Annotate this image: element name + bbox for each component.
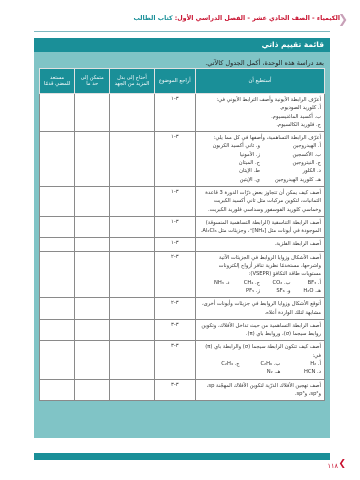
need-more-checkbox-cell[interactable] <box>110 94 154 132</box>
option-item: ج. النيتروجين <box>260 159 321 167</box>
option-row: ج. النيتروجينح. الميثان <box>199 159 321 167</box>
footer-bar <box>34 453 330 460</box>
option-item: ج. CH₄ <box>229 279 260 287</box>
header-ready: مستعد للمضي قدمًا <box>40 69 75 94</box>
statement-cell: أعرّف الرابطة التساهمية، وأصفها في كل مم… <box>195 132 324 187</box>
need-more-checkbox-cell[interactable] <box>110 379 154 401</box>
option-item: أ. كلوريد الصوديوم. <box>199 104 321 112</box>
option-item: أ. H₂ <box>280 360 321 368</box>
ready-checkbox-cell[interactable] <box>40 132 75 187</box>
statement-text: أصف تهجين الأفلاك الذرّية لتكوين الأفلاك… <box>199 382 321 399</box>
table-row: أصف تهجين الأفلاك الذرّية لتكوين الأفلاك… <box>40 379 325 401</box>
table-row: أصف الرابطة الفلزية.٣-١ <box>40 238 325 251</box>
partial-checkbox-cell[interactable] <box>75 132 110 187</box>
option-row: هـ. كلوريد الهيدروجيني. الإيثين <box>199 176 321 184</box>
option-item: ب. CO₂ <box>260 279 291 287</box>
reference-cell: ٣-١ <box>154 238 195 251</box>
header-statement: أستطيع أن <box>195 69 324 94</box>
reference-cell: ٣-٣ <box>154 379 195 401</box>
table-row: أصف الأشكال وزوايا الروابط في الجزيئات ا… <box>40 251 325 297</box>
option-row: أ. H₂ب. C₂H₆ج. C₂H₄ <box>199 360 321 368</box>
ready-checkbox-cell[interactable] <box>40 186 75 216</box>
partial-checkbox-cell[interactable] <box>75 298 110 320</box>
running-header-subject: الكيمياء - الصف الحادي عشر - الفصل الدرا… <box>175 15 340 22</box>
running-header-book: كتاب الطالب <box>134 15 173 22</box>
table-row: أتوقع الأشكال وزوايا الروابط في جزيئات و… <box>40 298 325 320</box>
statement-cell: أصف الأشكال وزوايا الروابط في الجزيئات ا… <box>195 251 324 297</box>
statement-cell: أصف كيف يمكن أن تتجاوز بعض ذرّات الدورة … <box>195 186 324 216</box>
statement-cell: أتوقع الأشكال وزوايا الروابط في جزيئات و… <box>195 298 324 320</box>
reference-cell: ٣-١ <box>154 132 195 187</box>
option-item: ب. C₂H₆ <box>240 360 281 368</box>
header-need-more: أحتاج إلى بذل المزيد من الجهد <box>110 69 154 94</box>
statement-cell: أصف كيف تتكون الرابطة سيجما (σ) والرابطة… <box>195 341 324 379</box>
need-more-checkbox-cell[interactable] <box>110 341 154 379</box>
option-item: و. ثاني أكسيد الكربون <box>199 142 260 150</box>
option-item: ح. الميثان <box>199 159 260 167</box>
partial-checkbox-cell[interactable] <box>75 186 110 216</box>
reference-cell: ٣-٢ <box>154 298 195 320</box>
ready-checkbox-cell[interactable] <box>40 341 75 379</box>
reference-cell: ٣-١ <box>154 94 195 132</box>
need-more-checkbox-cell[interactable] <box>110 238 154 251</box>
table-row: أعرّف الرابطة التساهمية، وأصفها في كل مم… <box>40 132 325 187</box>
need-more-checkbox-cell[interactable] <box>110 251 154 297</box>
option-item: ط. الإيثان <box>199 167 260 175</box>
option-item: و. SF₆ <box>260 287 291 295</box>
need-more-checkbox-cell[interactable] <box>110 186 154 216</box>
panel-title: قائمة تقييم ذاتي <box>34 38 330 52</box>
reference-cell: ٣-٢ <box>154 251 195 297</box>
option-item: هـ. N₂ <box>240 368 281 376</box>
ready-checkbox-cell[interactable] <box>40 251 75 297</box>
table-row: أعرّف الرابطة الأيونية وأصف الترابط الأي… <box>40 94 325 132</box>
need-more-checkbox-cell[interactable] <box>110 319 154 341</box>
option-item <box>199 287 230 295</box>
statement-cell: أصف تهجين الأفلاك الذرّية لتكوين الأفلاك… <box>195 379 324 401</box>
statement-text: أعرّف الرابطة التساهمية، وأصفها في كل مم… <box>199 134 321 142</box>
running-header: الكيمياء - الصف الحادي عشر - الفصل الدرا… <box>34 15 340 29</box>
option-item: ي. الإيثين <box>199 176 260 184</box>
statement-cell: أعرّف الرابطة الأيونية وأصف الترابط الأي… <box>195 94 324 132</box>
option-item: د. HCN <box>280 368 321 376</box>
table-row: أصف الرابطة التناسقية (الرابطة التساهمية… <box>40 216 325 238</box>
self-assessment-table: أستطيع أن أراجع الموضوع أحتاج إلى بذل ال… <box>39 68 325 401</box>
reference-cell: ٣-١ <box>154 186 195 216</box>
ready-checkbox-cell[interactable] <box>40 298 75 320</box>
textbook-page: الكيمياء - الصف الحادي عشر - الفصل الدرا… <box>0 0 360 480</box>
ready-checkbox-cell[interactable] <box>40 379 75 401</box>
table-row: أصف كيف تتكون الرابطة سيجما (σ) والرابطة… <box>40 341 325 379</box>
statement-text: أتوقع الأشكال وزوايا الروابط في جزيئات و… <box>199 300 321 317</box>
option-item: ج. فلوريد الكالسيوم. <box>199 121 321 129</box>
reference-cell: ٣-٣ <box>154 341 195 379</box>
header-rule <box>34 31 330 32</box>
partial-checkbox-cell[interactable] <box>75 251 110 297</box>
option-row: ب. الأكسجينز. الأمونيا <box>199 151 321 159</box>
table-row: أصف الرابطة التساهمية من حيث تداخل الأفل… <box>40 319 325 341</box>
header-reference: أراجع الموضوع <box>154 69 195 94</box>
statement-text: أصف كيف تتكون الرابطة سيجما (σ) والرابطة… <box>199 343 321 360</box>
partial-checkbox-cell[interactable] <box>75 341 110 379</box>
option-item: ز. PF₅ <box>229 287 260 295</box>
option-item: د. NH₃ <box>199 279 230 287</box>
option-row: أ. BF₃ب. CO₂ج. CH₄د. NH₃ <box>199 279 321 287</box>
ready-checkbox-cell[interactable] <box>40 94 75 132</box>
statement-text: أصف الرابطة الفلزية. <box>199 240 321 248</box>
ready-checkbox-cell[interactable] <box>40 216 75 238</box>
option-item <box>199 368 240 376</box>
option-row: هـ. H₂Oو. SF₆ز. PF₅ <box>199 287 321 295</box>
ready-checkbox-cell[interactable] <box>40 238 75 251</box>
statement-text: أصف الرابطة التناسقية (الرابطة التساهمية… <box>199 219 321 236</box>
option-item: أ. BF₃ <box>290 279 321 287</box>
option-row: أ. الهيدروجينو. ثاني أكسيد الكربون <box>199 142 321 150</box>
chevron-right-icon: ❯ <box>338 12 348 26</box>
statement-text: أصف الرابطة التساهمية من حيث تداخل الأفل… <box>199 322 321 339</box>
ready-checkbox-cell[interactable] <box>40 319 75 341</box>
statement-text: أعرّف الرابطة الأيونية وأصف الترابط الأي… <box>199 96 321 104</box>
option-item: ز. الأمونيا <box>199 151 260 159</box>
chevron-left-icon[interactable]: ❮ <box>338 459 346 469</box>
option-row: د. الكلورط. الإيثان <box>199 167 321 175</box>
option-item: أ. الهيدروجين <box>260 142 321 150</box>
page-number: ١١٨ <box>328 462 338 470</box>
statement-cell: أصف الرابطة التناسقية (الرابطة التساهمية… <box>195 216 324 238</box>
statement-text: أصف كيف يمكن أن تتجاوز بعض ذرّات الدورة … <box>199 189 321 214</box>
partial-checkbox-cell[interactable] <box>75 94 110 132</box>
partial-checkbox-cell[interactable] <box>75 238 110 251</box>
partial-checkbox-cell[interactable] <box>75 216 110 238</box>
partial-checkbox-cell[interactable] <box>75 379 110 401</box>
option-item: ب. الأكسجين <box>260 151 321 159</box>
header-partial: متمكن إلى حد ما <box>75 69 110 94</box>
need-more-checkbox-cell[interactable] <box>110 132 154 187</box>
statement-cell: أصف الرابطة التساهمية من حيث تداخل الأفل… <box>195 319 324 341</box>
self-assessment-panel: قائمة تقييم ذاتي بعد دراسة هذه الوحدة، أ… <box>34 38 330 438</box>
option-item: د. الكلور <box>260 167 321 175</box>
option-item: ج. C₂H₄ <box>199 360 240 368</box>
option-item: هـ. كلوريد الهيدروجين <box>260 176 321 184</box>
table-row: أصف كيف يمكن أن تتجاوز بعض ذرّات الدورة … <box>40 186 325 216</box>
option-item: ب. أكسيد الماغنيسيوم. <box>199 113 321 121</box>
reference-cell: ٣-١ <box>154 216 195 238</box>
option-item: هـ. H₂O <box>290 287 321 295</box>
need-more-checkbox-cell[interactable] <box>110 298 154 320</box>
statement-text: أصف الأشكال وزوايا الروابط في الجزيئات ا… <box>199 254 321 279</box>
statement-cell: أصف الرابطة الفلزية. <box>195 238 324 251</box>
reference-cell: ٣-٣ <box>154 319 195 341</box>
need-more-checkbox-cell[interactable] <box>110 216 154 238</box>
partial-checkbox-cell[interactable] <box>75 319 110 341</box>
option-row: د. HCNهـ. N₂ <box>199 368 321 376</box>
